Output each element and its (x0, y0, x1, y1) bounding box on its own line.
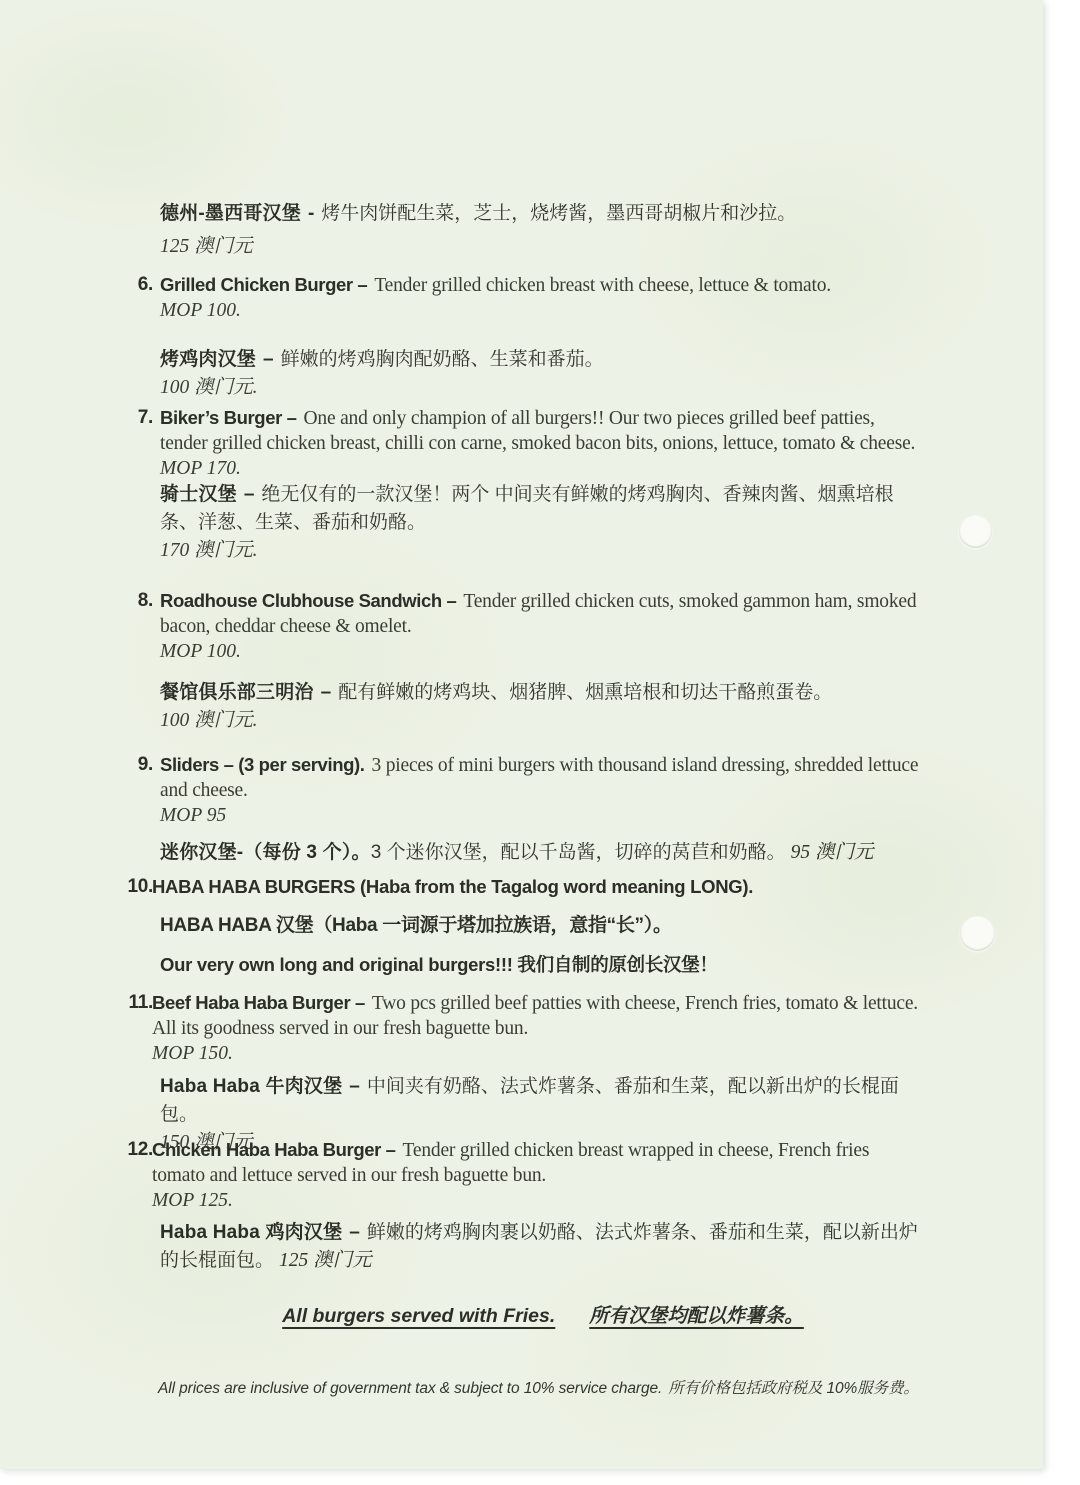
item-number: 9. (120, 752, 153, 777)
menu-item-8: 8. Roadhouse Clubhouse Sandwich –Tender … (160, 588, 926, 735)
item-name-zh: 迷你汉堡-（每份 3 个）。 (160, 842, 371, 863)
item-price-en: MOP 100. (160, 639, 926, 664)
item-desc-zh: 绝无仅有的一款汉堡！两个 中间夹有鲜嫩的烤鸡胸肉、香辣肉酱、烟熏培根条、洋葱、生… (160, 484, 894, 533)
item-zh-line: 烤鸡肉汉堡–鲜嫩的烤鸡胸肉配奶酪、生菜和番茄。 (160, 346, 926, 374)
item-number: 12. (120, 1137, 153, 1162)
item-line-en: Chicken Haba Haba Burger –Tender grilled… (152, 1137, 926, 1188)
item-zh-line: Haba Haba 牛肉汉堡–中间夹有奶酪、法式炸薯条、番茄和生菜，配以新出炉的… (160, 1073, 926, 1129)
item-desc-zh: 鲜嫩的烤鸡胸肉配奶酪、生菜和番茄。 (281, 349, 604, 370)
item-name-zh: 烤鸡肉汉堡 (160, 349, 256, 370)
punch-hole (960, 916, 995, 951)
section-tagline: Our very own long and original burgers!!… (160, 952, 926, 977)
item-number: 11. (120, 990, 153, 1015)
item-zh-line: 德州-墨西哥汉堡-烤牛肉饼配生菜，芝士，烧烤酱，墨西哥胡椒片和沙拉。 (160, 200, 926, 228)
disclaimer-zh: 所有价格包括政府税及 10%服务费。 (668, 1380, 919, 1397)
menu-item-10: 10. HABA HABA BURGERS (Haba from the Tag… (160, 874, 926, 977)
item-price-en: MOP 150. (152, 1041, 926, 1066)
item-zh-line: 餐馆俱乐部三明治–配有鲜嫩的烤鸡块、烟猪脾、烟熏培根和切达干酪煎蛋卷。 (160, 679, 926, 707)
disclaimer-en: All prices are inclusive of government t… (158, 1380, 662, 1397)
item-price-en: MOP 100. (160, 298, 926, 323)
item-name-zh: Haba Haba 牛肉汉堡 (160, 1076, 342, 1097)
item-name-zh: 餐馆俱乐部三明治 (160, 682, 314, 703)
footer-note-zh: 所有汉堡均配以炸薯条。 (589, 1300, 804, 1328)
footer-note: All burgers served with Fries.所有汉堡均配以炸薯条… (160, 1300, 926, 1328)
dash-separator: – (321, 682, 332, 703)
section-heading-zh: HABA HABA 汉堡（Haba 一词源于塔加拉族语，意指“长”）。 (160, 913, 926, 938)
item-desc-zh: 3 个迷你汉堡，配以千岛酱，切碎的莴苣和奶酪。 (371, 842, 786, 863)
dash-separator: – (349, 1222, 360, 1243)
item-price-en: MOP 125. (152, 1188, 926, 1213)
item-price-en: MOP 170. (160, 456, 926, 481)
item-name-en: Grilled Chicken Burger – (160, 274, 367, 295)
item-name-en: Chicken Haba Haba Burger – (152, 1139, 396, 1160)
item-line-en: Roadhouse Clubhouse Sandwich –Tender gri… (160, 588, 926, 639)
item-name-zh: 德州-墨西哥汉堡 (160, 203, 301, 224)
item-number: 8. (120, 588, 153, 613)
item-desc-zh: 烤牛肉饼配生菜，芝士，烧烤酱，墨西哥胡椒片和沙拉。 (321, 203, 796, 224)
item-zh-line: Haba Haba 鸡肉汉堡–鲜嫩的烤鸡胸肉裹以奶酪、法式炸薯条、番茄和生菜，配… (160, 1219, 926, 1275)
item-zh-line: 迷你汉堡-（每份 3 个）。3 个迷你汉堡，配以千岛酱，切碎的莴苣和奶酪。95 … (160, 839, 926, 867)
dash-separator: - (308, 203, 314, 224)
menu-item-6: 6. Grilled Chicken Burger –Tender grille… (160, 272, 926, 402)
item-number: 7. (120, 405, 153, 430)
section-heading-en: HABA HABA BURGERS (Haba from the Tagalog… (152, 874, 926, 899)
dash-separator: – (349, 1076, 360, 1097)
punch-hole (959, 515, 992, 548)
dash-separator: – (263, 349, 274, 370)
item-name-en: Roadhouse Clubhouse Sandwich – (160, 590, 456, 611)
item-name-en: Sliders – (3 per serving). (160, 754, 365, 775)
paper-sheet: 德州-墨西哥汉堡-烤牛肉饼配生菜，芝士，烧烤酱，墨西哥胡椒片和沙拉。 125 澳… (0, 0, 1043, 1469)
item-price-zh: 170 澳门元. (160, 537, 926, 565)
scanned-menu-page: 德州-墨西哥汉堡-烤牛肉饼配生菜，芝士，烧烤酱，墨西哥胡椒片和沙拉。 125 澳… (0, 0, 1080, 1485)
item-name-en: Biker’s Burger – (160, 407, 297, 428)
disclaimer: All prices are inclusive of government t… (158, 1376, 924, 1398)
item-price-zh: 125 澳门元 (279, 1250, 372, 1271)
item-name-zh: Haba Haba 鸡肉汉堡 (160, 1222, 342, 1243)
item-line-en: Biker’s Burger –One and only champion of… (160, 405, 926, 456)
item-price-zh: 125 澳门元 (160, 233, 926, 261)
item-line-en: Sliders – (3 per serving).3 pieces of mi… (160, 752, 926, 803)
item-price-zh: 95 澳门元 (791, 842, 874, 863)
item-price-zh: 100 澳门元. (160, 707, 926, 735)
menu-item-5-zh: 德州-墨西哥汉堡-烤牛肉饼配生菜，芝士，烧烤酱，墨西哥胡椒片和沙拉。 125 澳… (160, 200, 926, 261)
item-zh-line: 骑士汉堡–绝无仅有的一款汉堡！两个 中间夹有鲜嫩的烤鸡胸肉、香辣肉酱、烟熏培根条… (160, 481, 926, 537)
menu-item-9: 9. Sliders – (3 per serving).3 pieces of… (160, 752, 926, 867)
menu-item-12: 12. Chicken Haba Haba Burger –Tender gri… (160, 1137, 926, 1275)
item-number: 10. (120, 874, 153, 899)
item-price-en: MOP 95 (160, 803, 926, 828)
item-name-zh: 骑士汉堡 (160, 484, 237, 505)
item-line-en: Beef Haba Haba Burger –Two pcs grilled b… (152, 990, 926, 1041)
item-number: 6. (120, 272, 153, 297)
item-price-zh: 100 澳门元. (160, 374, 926, 402)
item-desc-zh: 配有鲜嫩的烤鸡块、烟猪脾、烟熏培根和切达干酪煎蛋卷。 (338, 682, 832, 703)
menu-item-11: 11. Beef Haba Haba Burger –Two pcs grill… (160, 990, 926, 1157)
item-desc-en: Tender grilled chicken breast with chees… (374, 275, 831, 296)
dash-separator: – (244, 484, 255, 505)
menu-item-7: 7. Biker’s Burger –One and only champion… (160, 405, 926, 565)
item-name-en: Beef Haba Haba Burger – (152, 992, 365, 1013)
footer-note-en: All burgers served with Fries. (282, 1305, 555, 1328)
item-line-en: Grilled Chicken Burger –Tender grilled c… (160, 272, 926, 298)
